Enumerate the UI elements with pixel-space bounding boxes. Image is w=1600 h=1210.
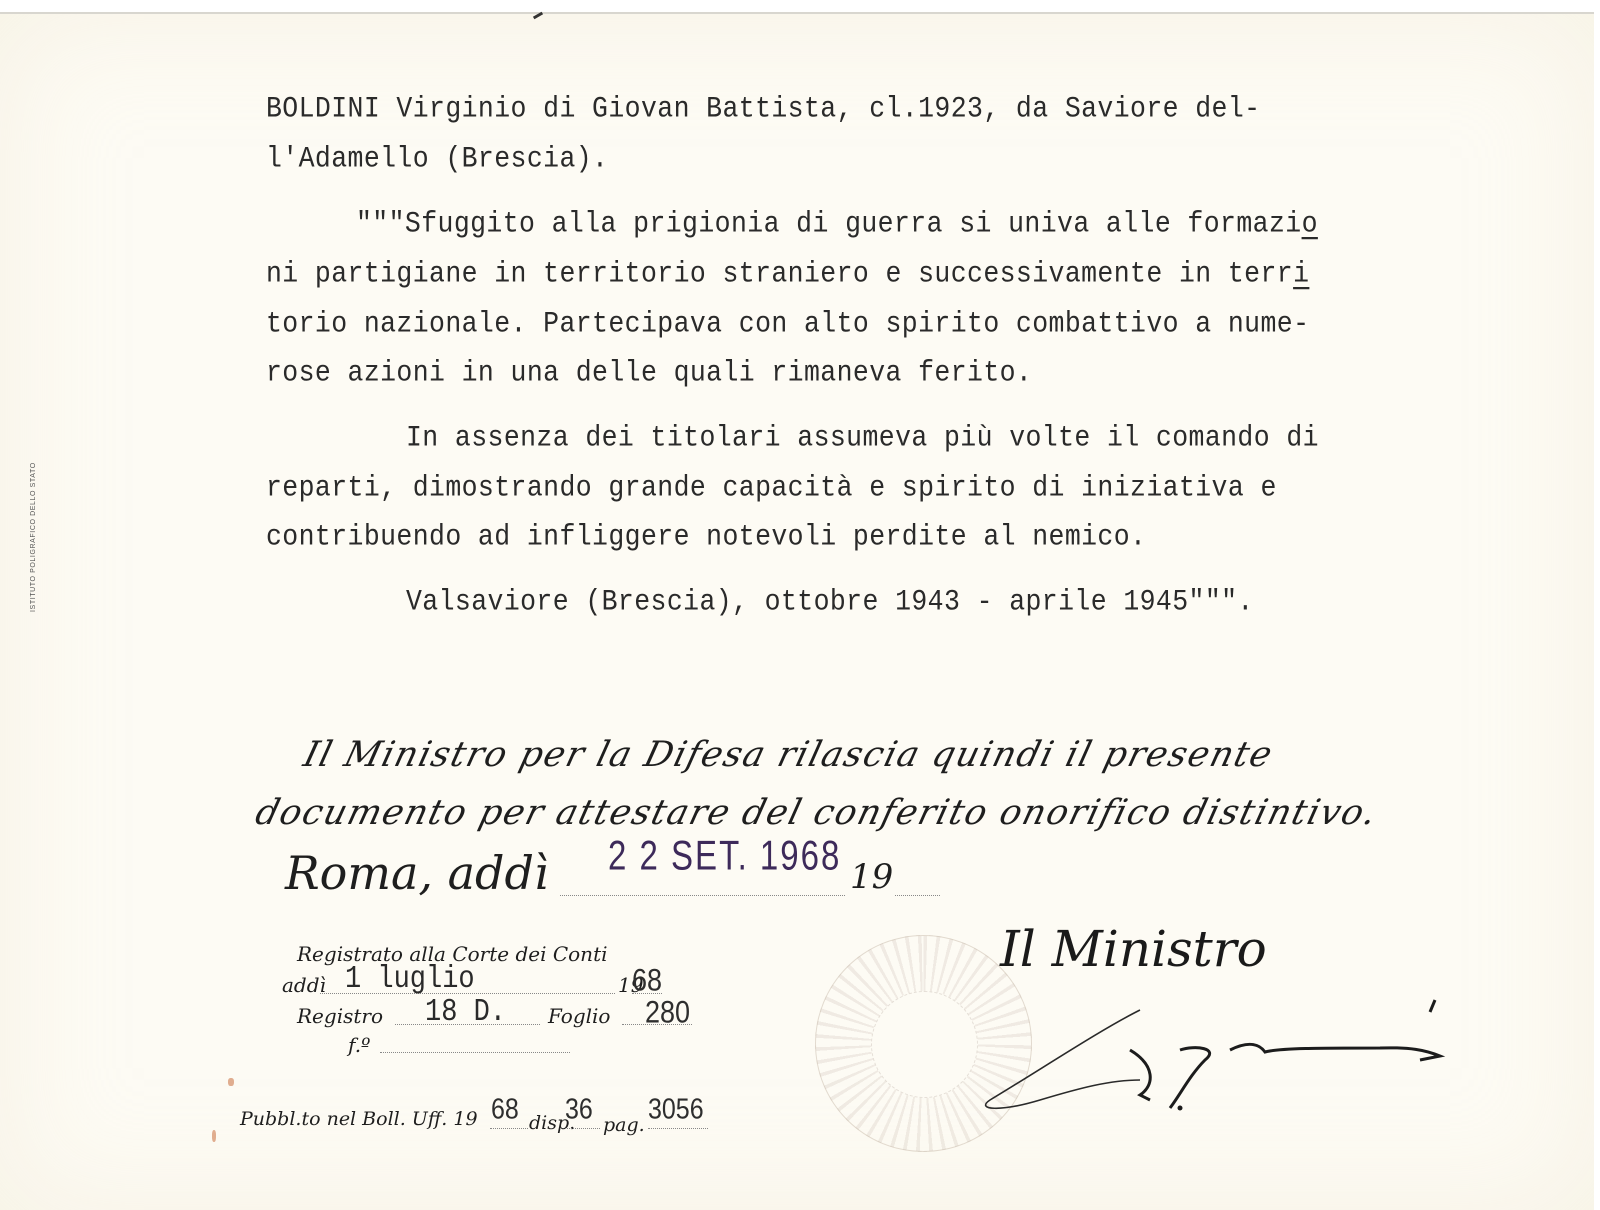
publication-label: Pubbl.to nel Boll. Uff. 19 bbox=[240, 1110, 478, 1129]
recipient-line-1: BOLDINI Virginio di Giovan Battista, cl.… bbox=[266, 94, 1260, 124]
addi-label: addì bbox=[282, 975, 326, 995]
foglio-label: Foglio bbox=[548, 1006, 610, 1026]
date-stamp: 2 2 SET. 1968 bbox=[608, 832, 841, 880]
minister-signature bbox=[980, 990, 1460, 1120]
year-dotted-line bbox=[895, 895, 940, 896]
year-suffix-dotted-line bbox=[632, 993, 662, 994]
citation-line-6: reparti, dimostrando grande capacità e s… bbox=[266, 473, 1277, 503]
registro-value: 18 D. bbox=[425, 996, 506, 1031]
minister-title: Il Ministro bbox=[1000, 920, 1267, 978]
issuance-line-1: Il Ministro per la Difesa rilascia quind… bbox=[300, 738, 1277, 773]
pag-value: 3056 bbox=[648, 1093, 704, 1126]
registro-label: Registro bbox=[297, 1006, 383, 1026]
year-prefix: 19 bbox=[850, 860, 893, 894]
citation-line-5: In assenza dei titolari assumeva più vol… bbox=[406, 423, 1319, 453]
citation-line-7: contribuendo ad infliggere notevoli perd… bbox=[266, 522, 1146, 552]
printer-imprint: ISTITUTO POLIGRAFICO DELLO STATO bbox=[30, 462, 37, 612]
fo-label: f.º bbox=[348, 1035, 370, 1055]
rust-stain bbox=[212, 1130, 216, 1142]
registration-day-month: 1 luglio bbox=[345, 963, 475, 998]
pub-year-dotted-line bbox=[490, 1128, 528, 1129]
citation-place-date: Valsaviore (Brescia), ottobre 1943 - apr… bbox=[406, 587, 1254, 617]
fo-dotted-line bbox=[380, 1052, 570, 1053]
disp-value: 36 bbox=[565, 1093, 593, 1126]
citation-line-4: rose azioni in una delle quali rimaneva … bbox=[266, 358, 1032, 388]
roma-addi-label: Roma, addì bbox=[285, 850, 549, 896]
citation-line-3: torio nazionale. Partecipava con alto sp… bbox=[266, 309, 1309, 339]
registration-heading: Registrato alla Corte dei Conti bbox=[297, 944, 608, 964]
disp-dotted-line bbox=[565, 1128, 600, 1129]
pag-label: pag. bbox=[603, 1116, 645, 1135]
publication-year-suffix: 68 bbox=[491, 1093, 519, 1126]
recipient-line-2: l'Adamello (Brescia). bbox=[266, 144, 608, 174]
date-dotted-line bbox=[560, 895, 845, 896]
citation-line-1: """Sfuggito alla prigionia di guerra si … bbox=[356, 209, 1318, 239]
issuance-line-2: documento per attestare del conferito on… bbox=[252, 796, 1381, 831]
pag-dotted-line bbox=[648, 1128, 708, 1129]
citation-line-2: ni partigiane in territorio straniero e … bbox=[266, 259, 1309, 289]
rust-stain bbox=[228, 1078, 234, 1086]
foglio-value: 280 bbox=[645, 995, 690, 1031]
